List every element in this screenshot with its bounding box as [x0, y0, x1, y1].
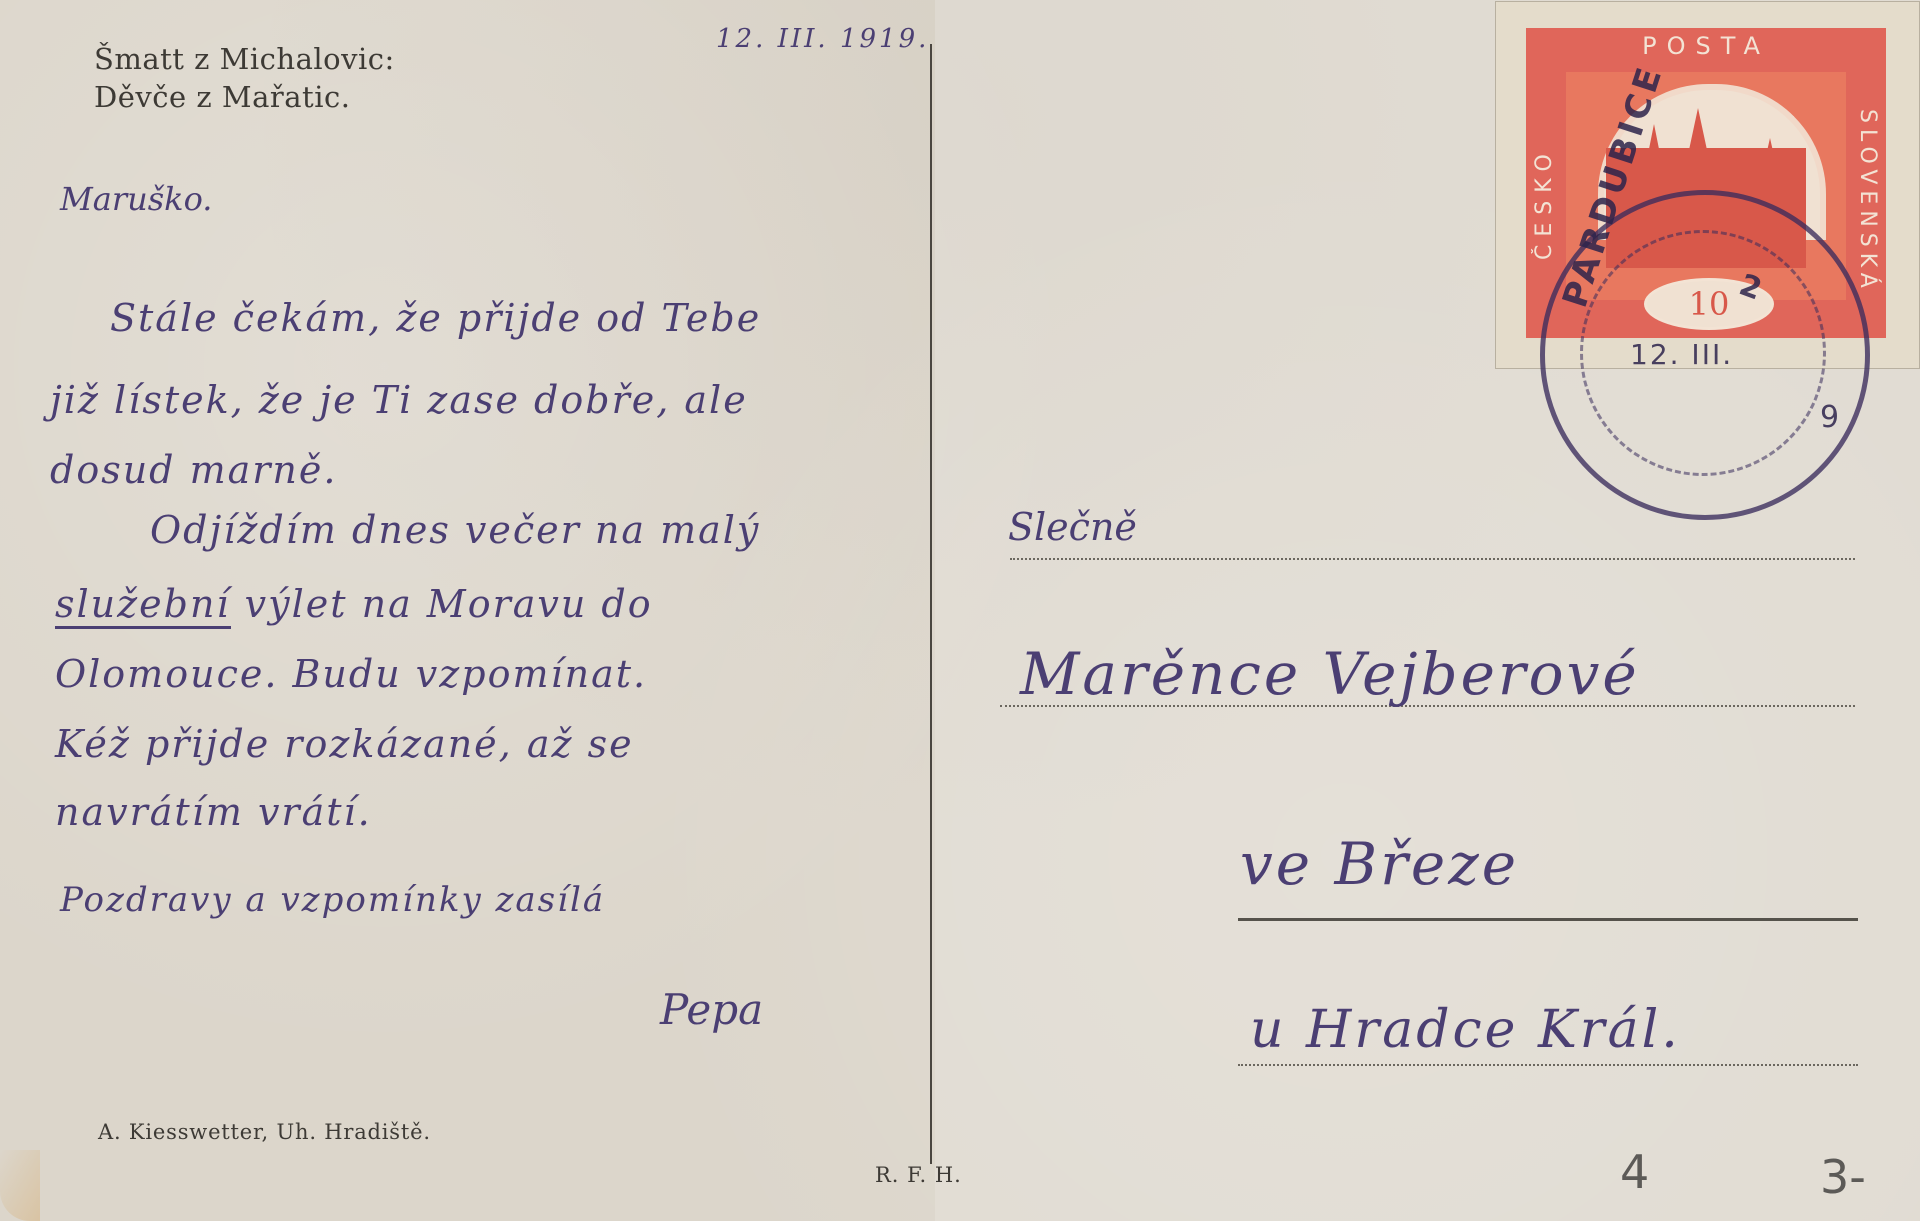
message-line-3: dosud marně.	[50, 448, 337, 492]
handwritten-date: 12. III. 1919.	[716, 24, 929, 54]
cathedral-spire-icon	[1686, 108, 1710, 164]
address-line-3	[1238, 918, 1858, 921]
salutation: Maruško.	[60, 180, 212, 218]
address-line-1	[1010, 558, 1855, 560]
underlined-word: služební	[55, 582, 231, 629]
spire-icon	[1761, 138, 1779, 178]
message-line-9: Pozdravy a vzpomínky zasílá	[60, 880, 605, 920]
message-line-2: již lístek, že je Ti zase dobře, ale	[50, 378, 748, 422]
recipient-town: ve Březe	[1240, 830, 1519, 898]
publisher-imprint: A. Kiesswetter, Uh. Hradiště.	[98, 1120, 431, 1144]
message-line-6: Olomouce. Budu vzpomínat.	[55, 652, 647, 696]
stamp-top-text: POSTA	[1526, 32, 1886, 60]
rfh-imprint: R. F. H.	[875, 1163, 962, 1187]
corner-stain	[0, 1150, 40, 1221]
address-line-4	[1238, 1064, 1858, 1066]
postmark-date: 12. III.	[1630, 338, 1733, 371]
message-line-5-rest: výlet na Moravu do	[231, 582, 653, 626]
message-line-7: Kéž přijde rozkázané, až se	[55, 722, 634, 766]
recipient-name: Marěnce Vejberové	[1020, 640, 1640, 708]
message-line-8: navrátím vrátí.	[55, 790, 372, 834]
pencil-note-right: 3-	[1820, 1150, 1866, 1204]
center-divider	[930, 44, 932, 1164]
message-line-5: služební výlet na Moravu do	[55, 582, 653, 626]
recipient-region: u Hradce Král.	[1250, 1000, 1681, 1060]
printed-title-line1: Šmatt z Michalovic:	[94, 40, 395, 78]
message-line-1: Stále čekám, že přijde od Tebe	[110, 296, 761, 340]
message-line-4: Odjíždím dnes večer na malý	[150, 508, 760, 552]
postcard-back: Šmatt z Michalovic: Děvče z Mařatic. 12.…	[0, 0, 1920, 1221]
printed-title: Šmatt z Michalovic: Děvče z Mařatic.	[94, 40, 395, 116]
printed-title-line2: Děvče z Mařatic.	[94, 78, 395, 116]
signature: Pepa	[660, 985, 763, 1034]
pencil-note-left: 4	[1620, 1145, 1649, 1199]
address-salutation: Slečně	[1008, 505, 1137, 549]
postmark-hour: 9	[1820, 400, 1839, 435]
